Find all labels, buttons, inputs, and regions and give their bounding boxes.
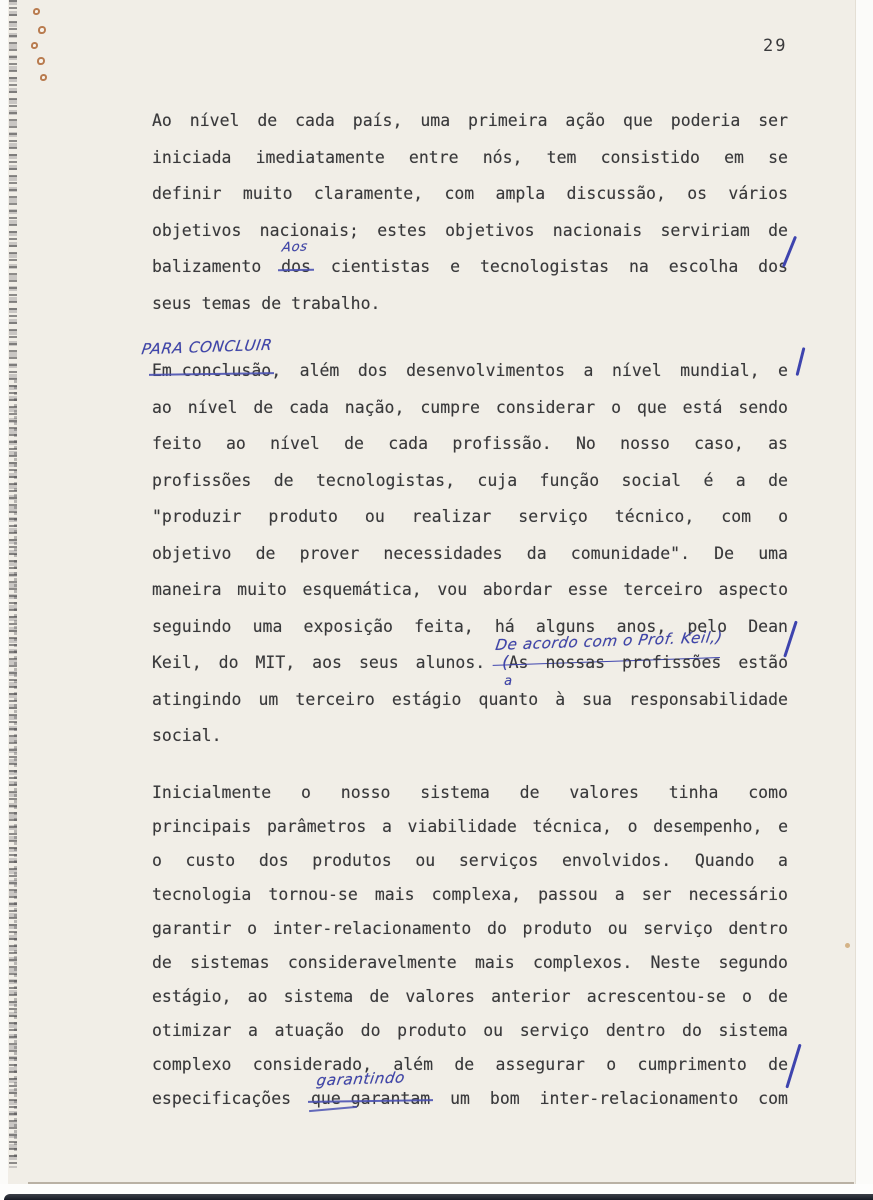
- typed-text: especificações: [152, 1089, 311, 1108]
- text-line: tecnologia tornou-se mais complexa, pass…: [152, 878, 788, 912]
- typed-text: garantir o inter-relacionamento do produ…: [152, 919, 788, 938]
- text-line: objetivos nacionais; estes objetivos nac…: [152, 213, 788, 250]
- staple-hole: [38, 26, 46, 34]
- typed-text: cientistas e tecnologistas na escolha do…: [311, 257, 788, 276]
- text-line: ao nível de cada nação, cumpre considera…: [152, 390, 788, 427]
- typed-text: maneira muito esquemática, vou abordar e…: [152, 580, 788, 599]
- text-line: de sistemas consideravelmente mais compl…: [152, 946, 788, 980]
- annotated-text-wrapper: Em conclusãoPARA CONCLUIR: [152, 353, 271, 390]
- typed-text: profissões de tecnologistas, cuja função…: [152, 471, 788, 490]
- text-line: Ao nível de cada país, uma primeira ação…: [152, 103, 788, 140]
- text-line: balizamento dosAos cientistas e tecnolog…: [152, 249, 788, 286]
- handwritten-correction: garantindo: [314, 1060, 407, 1097]
- text-line: iniciada imediatamente entre nós, tem co…: [152, 140, 788, 177]
- staple-hole: [33, 8, 40, 15]
- scanned-document-page: { "page": { "number": "29" }, "colors": …: [0, 0, 873, 1200]
- typed-text: social.: [152, 726, 222, 745]
- typed-text: "produzir produto ou realizar serviço té…: [152, 507, 788, 526]
- text-line: estágio, ao sistema de valores anterior …: [152, 980, 788, 1014]
- typed-text: seus temas de trabalho.: [152, 294, 380, 313]
- text-line: complexo considerado, além de assegurar …: [152, 1048, 788, 1082]
- typed-text: o custo dos produtos ou serviços envolvi…: [152, 851, 788, 870]
- annotated-text-wrapper: que garantamgarantindo: [311, 1082, 430, 1116]
- typed-text: objetivo de prover necessidades da comun…: [152, 544, 788, 563]
- text-line: otimizar a atuação do produto ou serviço…: [152, 1014, 788, 1048]
- typed-text: atingindo um terceiro estágio quanto à s…: [152, 690, 788, 709]
- paragraph-value-system-stages: Inicialmente o nosso sistema de valores …: [152, 776, 788, 1116]
- annotated-text-wrapper: dosAos: [281, 249, 311, 286]
- annotated-text-wrapper: (AsDe acordo com o Prof. Keil,)a: [502, 645, 528, 682]
- typed-text: um bom inter-relacionamento com: [430, 1089, 788, 1108]
- text-line: social.: [152, 718, 788, 755]
- text-line: atingindo um terceiro estágio quanto à s…: [152, 682, 788, 719]
- staple-hole: [40, 74, 47, 81]
- typed-text: ao nível de cada nação, cumpre considera…: [152, 398, 788, 417]
- text-line: principais parâmetros a viabilidade técn…: [152, 810, 788, 844]
- typed-text: iniciada imediatamente entre nós, tem co…: [152, 148, 788, 167]
- page-number: 29: [763, 36, 787, 56]
- typed-text: objetivos nacionais; estes objetivos nac…: [152, 221, 788, 240]
- scanner-bed-shadow: [4, 1194, 873, 1200]
- typed-text: complexo considerado, além de assegurar …: [152, 1055, 788, 1074]
- text-line: Keil, do MIT, aos seus alunos. (AsDe aco…: [152, 645, 788, 682]
- typed-text: Inicialmente o nosso sistema de valores …: [152, 783, 788, 802]
- text-line: maneira muito esquemática, vou abordar e…: [152, 572, 788, 609]
- text-line: o custo dos produtos ou serviços envolvi…: [152, 844, 788, 878]
- paragraph-national-objectives: Ao nível de cada país, uma primeira ação…: [152, 103, 788, 322]
- typed-text: feito ao nível de cada profissão. No nos…: [152, 434, 788, 453]
- staple-hole: [37, 57, 45, 65]
- text-line: "produzir produto ou realizar serviço té…: [152, 499, 788, 536]
- text-line: Em conclusãoPARA CONCLUIR, além dos dese…: [152, 353, 788, 390]
- text-line: definir muito claramente, com ampla disc…: [152, 176, 788, 213]
- typed-text: otimizar a atuação do produto ou serviço…: [152, 1021, 788, 1040]
- text-line: seus temas de trabalho.: [152, 286, 788, 323]
- typed-text: balizamento: [152, 257, 281, 276]
- typed-text: definir muito claramente, com ampla disc…: [152, 184, 788, 203]
- typed-text: principais parâmetros a viabilidade técn…: [152, 817, 788, 836]
- typed-text: Keil, do MIT, aos seus alunos.: [152, 653, 502, 672]
- text-line: especificações que garantamgarantindo um…: [152, 1082, 788, 1116]
- typed-text: de sistemas consideravelmente mais compl…: [152, 953, 788, 972]
- text-line: profissões de tecnologistas, cuja função…: [152, 463, 788, 500]
- text-line: Inicialmente o nosso sistema de valores …: [152, 776, 788, 810]
- typed-text: estágio, ao sistema de valores anterior …: [152, 987, 788, 1006]
- binding-edge-speckle-inner: [14, 380, 17, 1160]
- staple-hole: [31, 42, 38, 49]
- typed-text: , além dos desenvolvimentos a nível mund…: [271, 361, 788, 380]
- scanner-background-right: [855, 0, 873, 1200]
- typed-text: Ao nível de cada país, uma primeira ação…: [152, 111, 788, 130]
- paragraph-conclusion-professions: Em conclusãoPARA CONCLUIR, além dos dese…: [152, 353, 788, 755]
- paper-fleck: [845, 943, 850, 948]
- handwritten-correction: PARA CONCLUIR: [139, 327, 275, 368]
- text-line: garantir o inter-relacionamento do produ…: [152, 912, 788, 946]
- text-line: objetivo de prover necessidades da comun…: [152, 536, 788, 573]
- text-line: feito ao nível de cada profissão. No nos…: [152, 426, 788, 463]
- typed-text: nossas profissões estão: [528, 653, 788, 672]
- typed-text: tecnologia tornou-se mais complexa, pass…: [152, 885, 788, 904]
